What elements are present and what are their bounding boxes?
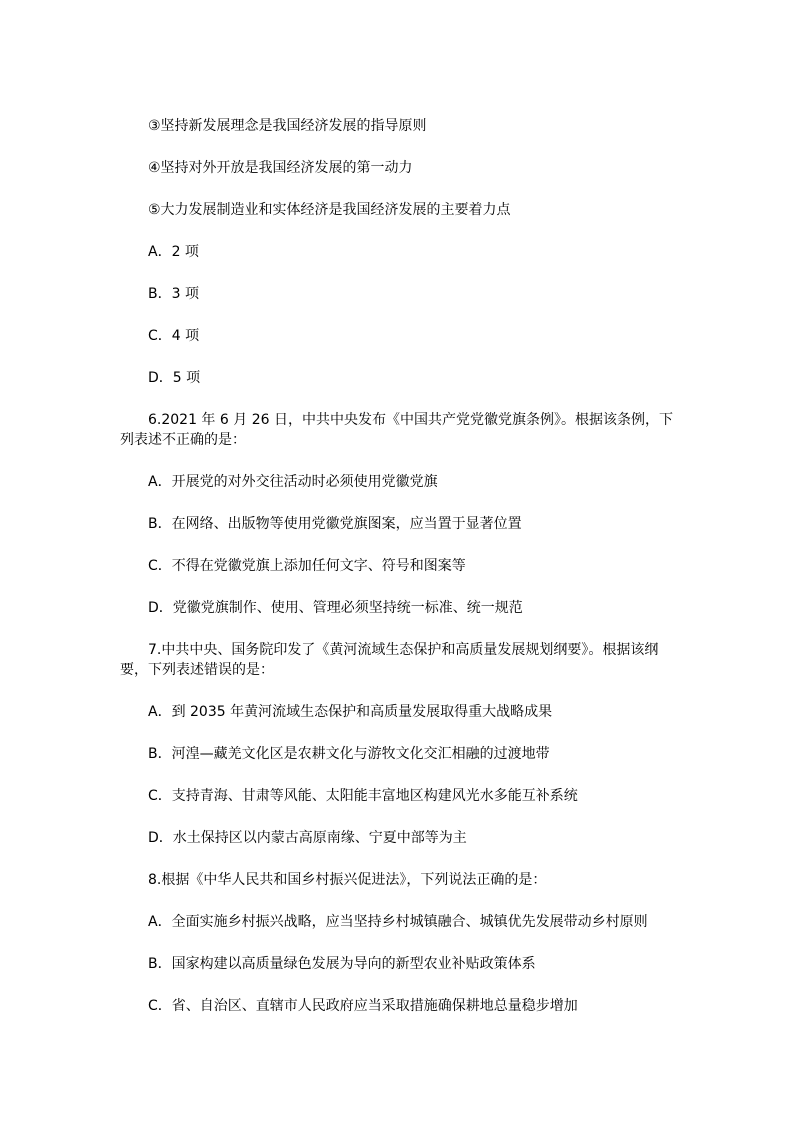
option-paragraph: D．党徽党旗制作、使用、管理必须坚持统一标准、统一规范 [120, 598, 674, 618]
question-paragraph: 6.2021 年 6 月 26 日，中共中央发布《中国共产党党徽党旗条例》。根据… [120, 410, 674, 450]
option-paragraph: C．不得在党徽党旗上添加任何文字、符号和图案等 [120, 556, 674, 576]
statement-paragraph: ⑤大力发展制造业和实体经济是我国经济发展的主要着力点 [120, 200, 674, 220]
question-paragraph: 8.根据《中华人民共和国乡村振兴促进法》，下列说法正确的是： [120, 870, 674, 890]
option-paragraph: A．开展党的对外交往活动时必须使用党徽党旗 [120, 472, 674, 492]
option-paragraph: D．水土保持区以内蒙古高原南缘、宁夏中部等为主 [120, 828, 674, 848]
question-paragraph: 7.中共中央、国务院印发了《黄河流域生态保护和高质量发展规划纲要》。根据该纲要，… [120, 640, 674, 680]
option-paragraph: A．到 2035 年黄河流域生态保护和高质量发展取得重大战略成果 [120, 702, 674, 722]
document-content: ③坚持新发展理念是我国经济发展的指导原则④坚持对外开放是我国经济发展的第一动力⑤… [0, 0, 794, 1016]
option-paragraph: C．支持青海、甘肃等风能、太阳能丰富地区构建风光水多能互补系统 [120, 786, 674, 806]
option-paragraph: C．4 项 [120, 326, 674, 346]
exam-document-page: ③坚持新发展理念是我国经济发展的指导原则④坚持对外开放是我国经济发展的第一动力⑤… [0, 0, 794, 1123]
statement-paragraph: ③坚持新发展理念是我国经济发展的指导原则 [120, 116, 674, 136]
option-paragraph: C．省、自治区、直辖市人民政府应当采取措施确保耕地总量稳步增加 [120, 996, 674, 1016]
option-paragraph: A．全面实施乡村振兴战略，应当坚持乡村城镇融合、城镇优先发展带动乡村原则 [120, 912, 674, 932]
option-paragraph: B．在网络、出版物等使用党徽党旗图案，应当置于显著位置 [120, 514, 674, 534]
option-paragraph: B．3 项 [120, 284, 674, 304]
option-paragraph: D．5 项 [120, 368, 674, 388]
statement-paragraph: ④坚持对外开放是我国经济发展的第一动力 [120, 158, 674, 178]
option-paragraph: A．2 项 [120, 242, 674, 262]
option-paragraph: B．河湟—藏羌文化区是农耕文化与游牧文化交汇相融的过渡地带 [120, 744, 674, 764]
option-paragraph: B．国家构建以高质量绿色发展为导向的新型农业补贴政策体系 [120, 954, 674, 974]
